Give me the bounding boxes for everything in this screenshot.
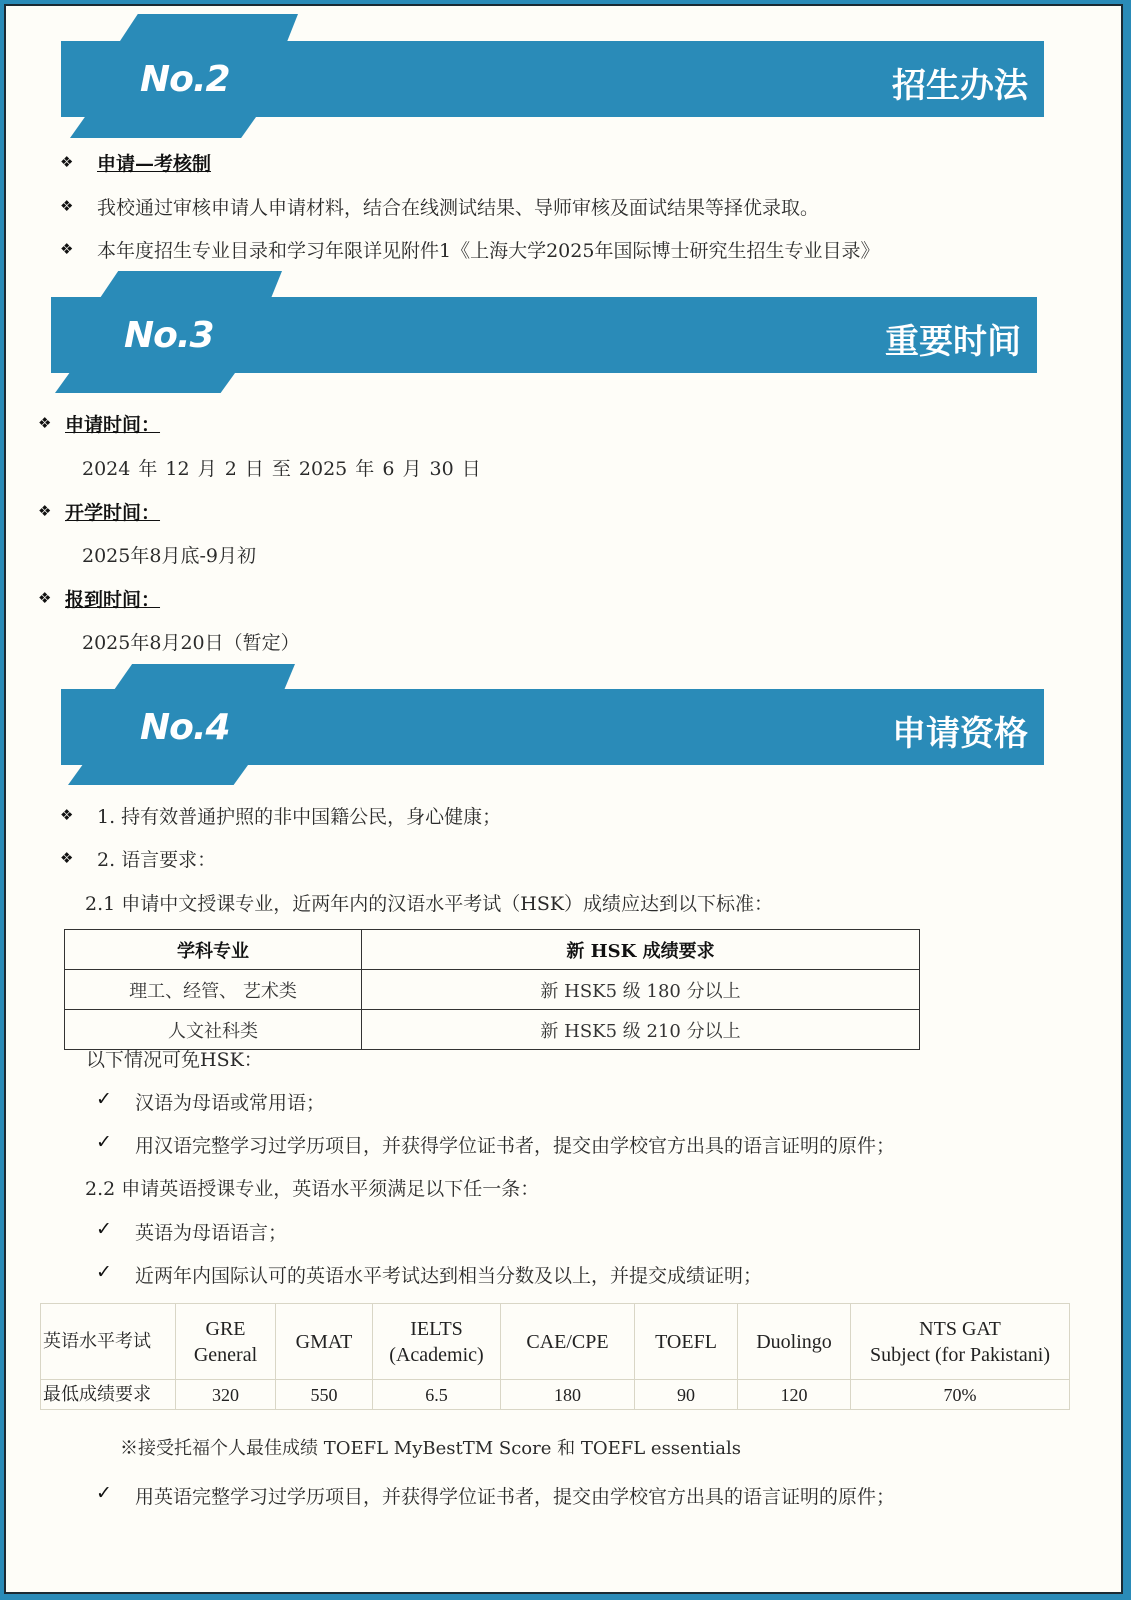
chinese-program-requirement: 2.1 申请中文授课专业，近两年内的汉语水平考试（HSK）成绩应达到以下标准： [85, 889, 773, 916]
table-header-cell: 新 HSK 成绩要求 [362, 930, 920, 970]
exam-name-cell: GREGeneral [176, 1304, 276, 1380]
bullet-icon: ❖ [60, 240, 73, 258]
table-row: 最低成绩要求 320 550 6.5 180 90 120 70% [41, 1380, 1070, 1410]
english-condition-item: 用英语完整学习过学历项目，并获得学位证书者，提交由学校官方出具的语言证明的原件； [135, 1482, 895, 1509]
section-title: 重要时间 [885, 314, 1021, 363]
semester-start-label: 开学时间： [65, 498, 160, 525]
hsk-exemption-item: 用汉语完整学习过学历项目，并获得学位证书者，提交由学校官方出具的语言证明的原件； [135, 1131, 895, 1158]
table-cell: 理工、经管、 艺术类 [65, 970, 362, 1010]
hsk-requirements-table: 学科专业 新 HSK 成绩要求 理工、经管、 艺术类 新 HSK5 级 180 … [64, 929, 920, 1050]
banner-tab-bottom [70, 117, 256, 138]
toefl-note: ※接受托福个人最佳成绩 TOEFL MyBestTM Score 和 TOEFL… [120, 1434, 741, 1460]
hsk-exemption-intro: 以下情况可免HSK： [86, 1045, 263, 1072]
admission-catalog-note: 本年度招生专业目录和学习年限详见附件1《上海大学2025年国际博士研究生招生专业… [97, 236, 879, 263]
admission-method-heading: 申请—考核制 [97, 149, 211, 176]
score-cell: 550 [276, 1380, 373, 1410]
banner-tab-bottom [68, 765, 248, 785]
exam-name-cell: NTS GATSubject (for Pakistani) [851, 1304, 1070, 1380]
section-title: 招生办法 [892, 58, 1028, 107]
banner-tab-top [100, 271, 282, 298]
table-row: 理工、经管、 艺术类 新 HSK5 级 180 分以上 [65, 970, 920, 1010]
score-cell: 120 [738, 1380, 851, 1410]
table-header-cell: 学科专业 [65, 930, 362, 970]
section-number: No.2 [140, 59, 230, 100]
section-number: No.3 [124, 315, 214, 356]
exam-name-line: IELTS [374, 1316, 499, 1342]
registration-time-value: 2025年8月20日（暂定） [82, 628, 300, 655]
check-icon: ✓ [96, 1482, 112, 1504]
banner-tab-top [114, 664, 295, 690]
bullet-icon: ❖ [60, 849, 73, 867]
table-cell: 人文社科类 [65, 1010, 362, 1050]
table-header-row: 英语水平考试 GREGeneral GMAT IELTS(Academic) C… [41, 1304, 1070, 1380]
exam-name-line: General [177, 1342, 274, 1368]
bullet-icon: ❖ [38, 502, 51, 520]
section-banner-no3: No.3 重要时间 [0, 271, 1131, 401]
table-header-row: 学科专业 新 HSK 成绩要求 [65, 930, 920, 970]
application-time-value: 2024 年 12 月 2 日 至 2025 年 6 月 30 日 [82, 454, 481, 481]
admission-description: 我校通过审核申请人申请材料，结合在线测试结果、导师审核及面试结果等择优录取。 [97, 193, 819, 220]
exam-name-line: NTS GAT [852, 1316, 1068, 1342]
check-icon: ✓ [96, 1088, 112, 1110]
bullet-icon: ❖ [38, 414, 51, 432]
table-cell: 新 HSK5 级 180 分以上 [362, 970, 920, 1010]
table-cell: 新 HSK5 级 210 分以上 [362, 1010, 920, 1050]
section-banner-no2: No.2 招生办法 [0, 14, 1131, 144]
exam-name-cell: GMAT [276, 1304, 373, 1380]
english-test-table: 英语水平考试 GREGeneral GMAT IELTS(Academic) C… [40, 1303, 1070, 1410]
section-number: No.4 [140, 707, 230, 748]
row-label: 最低成绩要求 [41, 1380, 176, 1410]
section-title: 申请资格 [892, 706, 1028, 755]
score-cell: 70% [851, 1380, 1070, 1410]
row-label: 英语水平考试 [41, 1304, 176, 1380]
section-banner-no4: No.4 申请资格 [0, 664, 1131, 794]
exam-name-cell: TOEFL [635, 1304, 738, 1380]
check-icon: ✓ [96, 1218, 112, 1240]
bullet-icon: ❖ [60, 806, 73, 824]
exam-name-line: GRE [177, 1316, 274, 1342]
check-icon: ✓ [96, 1261, 112, 1283]
hsk-exemption-item: 汉语为母语或常用语； [135, 1088, 325, 1115]
application-time-label: 申请时间： [65, 410, 160, 437]
exam-name-line: Subject (for Pakistani) [852, 1342, 1068, 1368]
exam-name-cell: Duolingo [738, 1304, 851, 1380]
score-cell: 6.5 [373, 1380, 501, 1410]
english-program-requirement: 2.2 申请英语授课专业，英语水平须满足以下任一条： [85, 1174, 539, 1201]
score-cell: 90 [635, 1380, 738, 1410]
bullet-icon: ❖ [60, 197, 73, 215]
bullet-icon: ❖ [60, 153, 73, 171]
eligibility-item-1: 1. 持有效普通护照的非中国籍公民，身心健康； [97, 802, 501, 829]
exam-name-line: (Academic) [374, 1342, 499, 1368]
table-row: 人文社科类 新 HSK5 级 210 分以上 [65, 1010, 920, 1050]
eligibility-item-2: 2. 语言要求： [97, 845, 216, 872]
english-condition-item: 英语为母语语言； [135, 1218, 287, 1245]
banner-tab-top [120, 14, 298, 41]
check-icon: ✓ [96, 1131, 112, 1153]
score-cell: 180 [501, 1380, 635, 1410]
score-cell: 320 [176, 1380, 276, 1410]
semester-start-value: 2025年8月底-9月初 [82, 541, 256, 568]
registration-time-label: 报到时间： [65, 585, 160, 612]
english-condition-item: 近两年内国际认可的英语水平考试达到相当分数及以上，并提交成绩证明； [135, 1261, 762, 1288]
exam-name-cell: CAE/CPE [501, 1304, 635, 1380]
exam-name-cell: IELTS(Academic) [373, 1304, 501, 1380]
banner-tab-bottom [55, 373, 235, 393]
bullet-icon: ❖ [38, 589, 51, 607]
